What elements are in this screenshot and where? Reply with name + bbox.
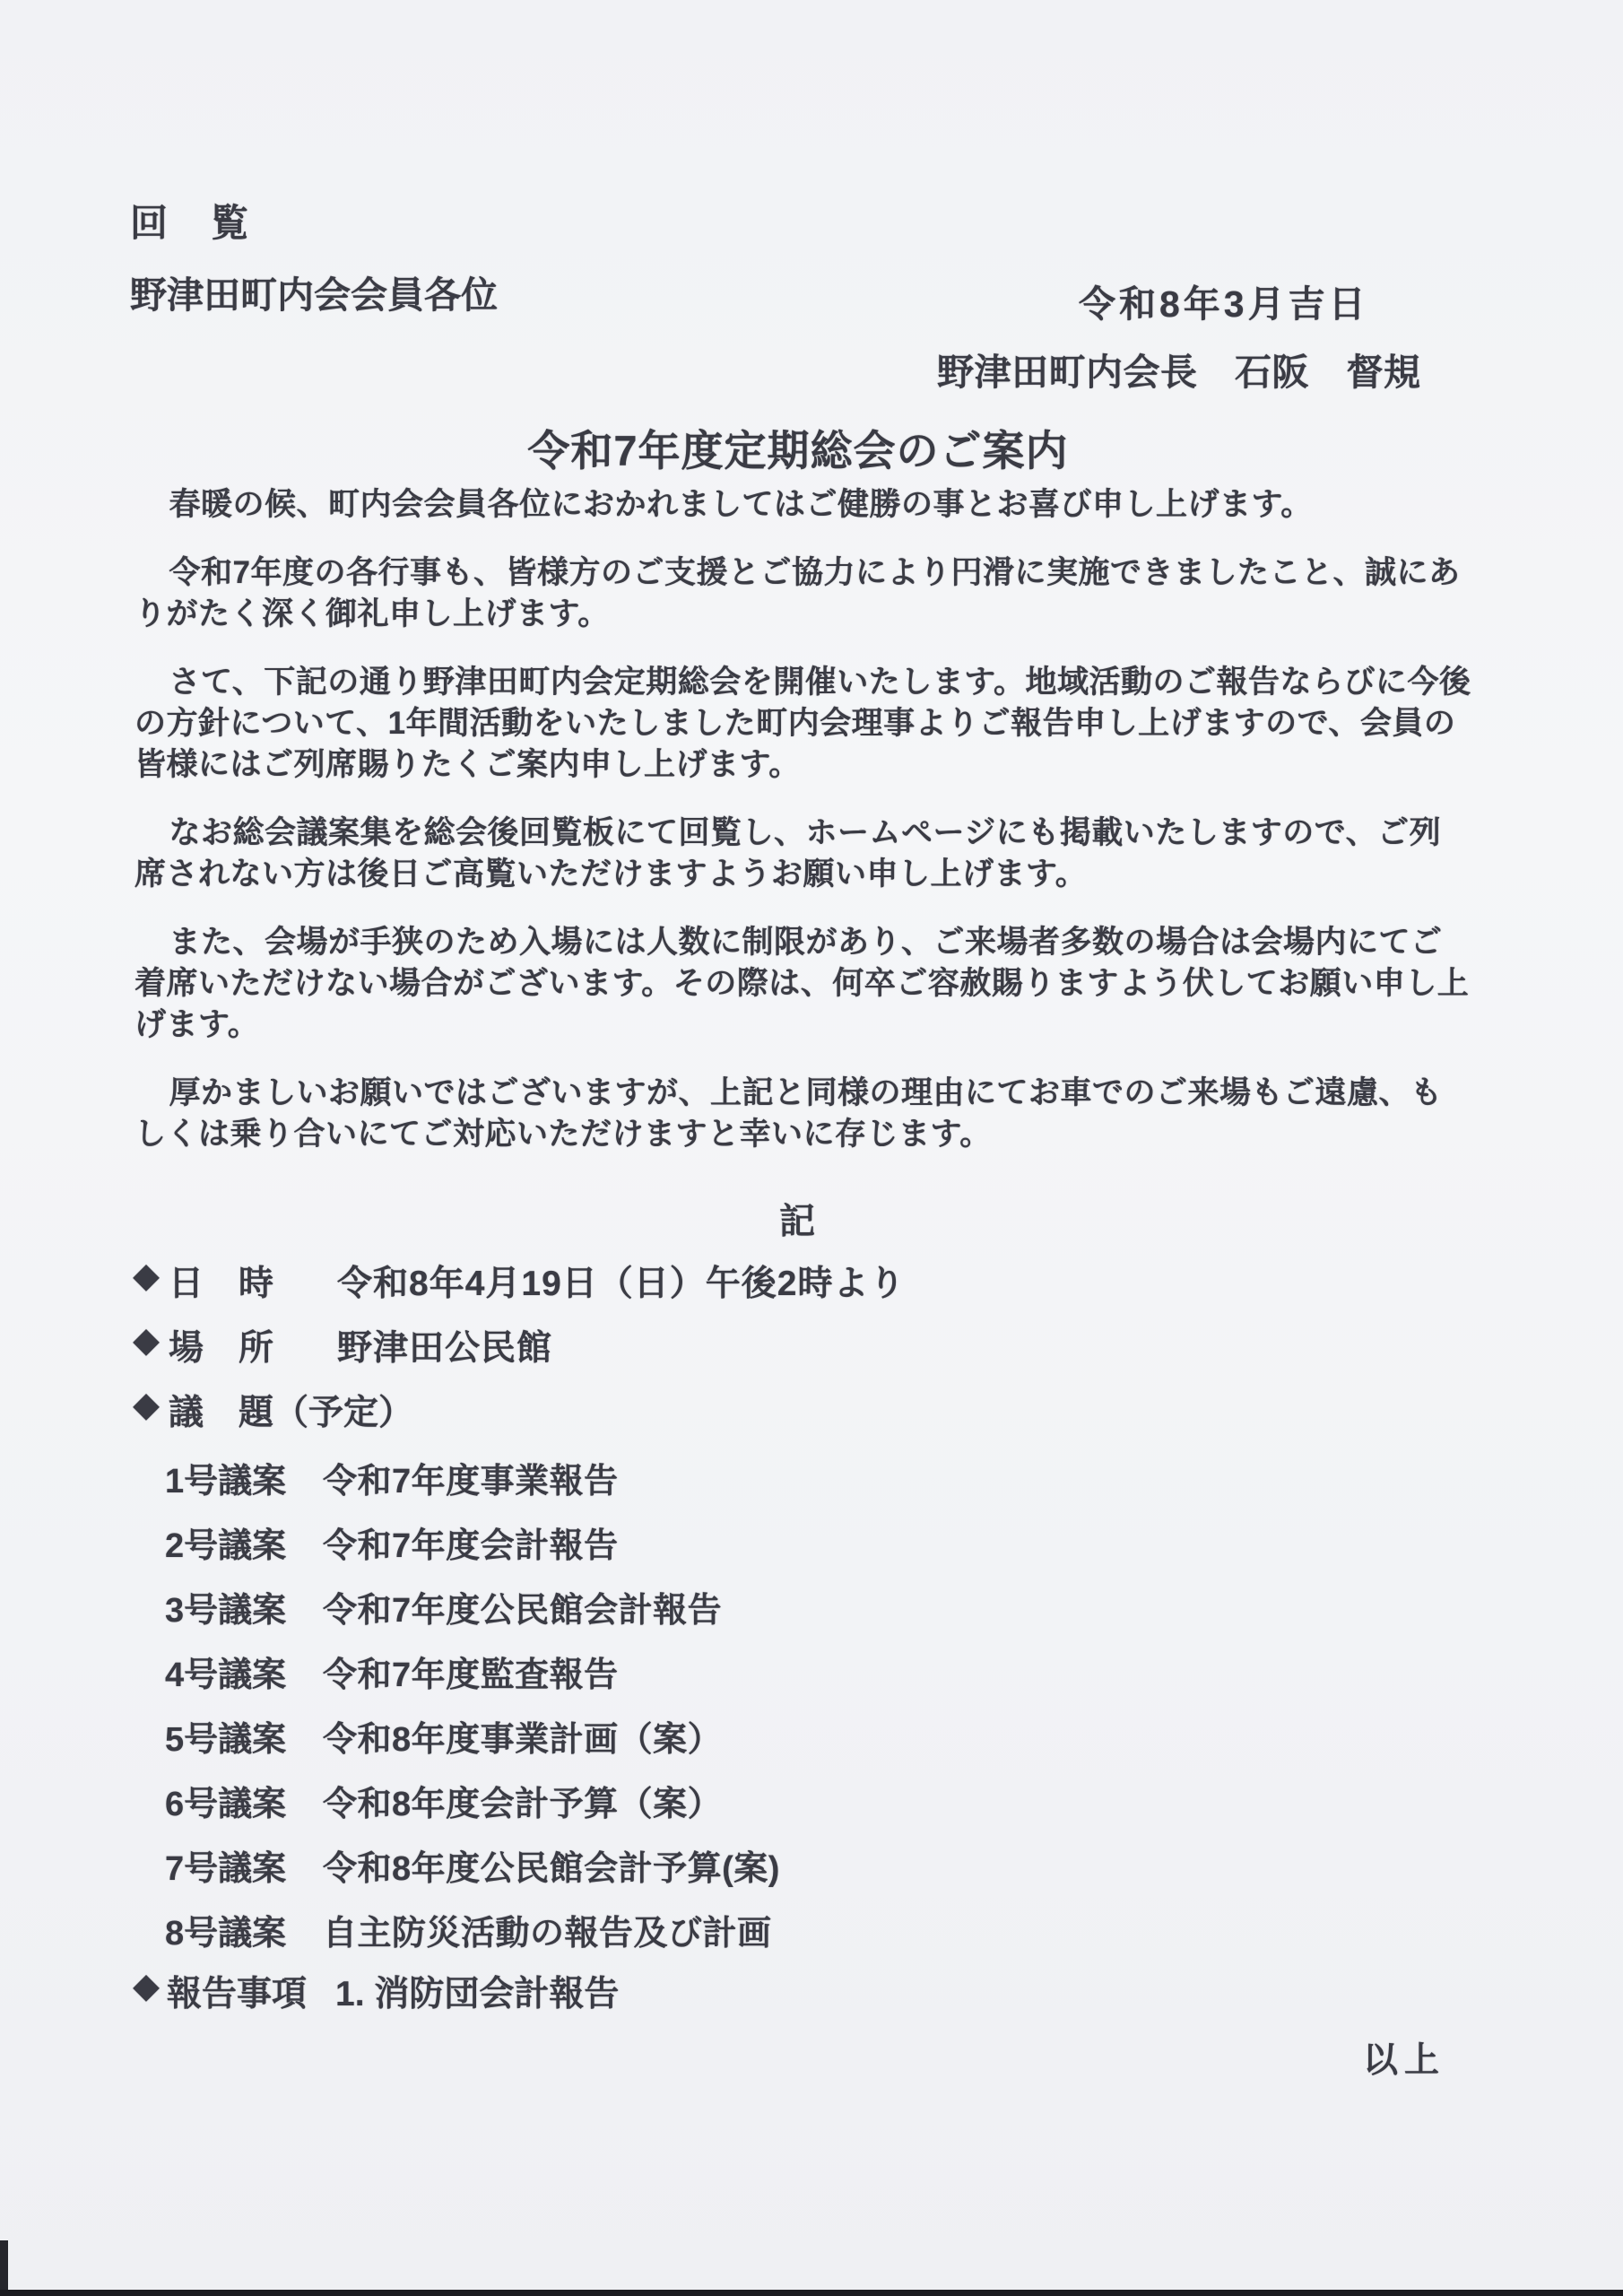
detail-row-datetime: ◆ 日 時 令和8年4月19日（日）午後2時より [133,1256,905,1320]
agenda-item-5: 5号議案 令和8年度事業計画（案） [165,1711,780,1776]
diamond-bullet-icon: ◆ [133,1320,160,1361]
agenda-item-title: 令和8年度公民館会計予算(案) [323,1840,780,1890]
detail-label-place: 場 所 [169,1320,303,1370]
document-title: 令和7年度定期総会のご案内 [0,418,1596,478]
agenda-item-title: 令和8年度会計予算（案） [323,1776,722,1825]
addressee: 野津田町内会会員各位 [130,265,498,318]
paragraph-car-notice: 厚かましいお願いではございますが、上記と同様の理由にてお車でのご来場もご遠慮、も… [135,1073,1472,1155]
agenda-item-title: 令和7年度事業報告 [323,1453,619,1502]
record-heading: 記 [0,1193,1596,1244]
agenda-item-number: 6号議案 [165,1776,301,1825]
agenda-item-number: 2号議案 [165,1518,301,1567]
agenda-item-number: 7号議案 [165,1840,301,1890]
diamond-bullet-icon: ◆ [133,1385,160,1425]
paragraph-greeting: 春暖の候、町内会会員各位におかれましてはご健勝の事とお喜び申し上げます。 [135,484,1472,526]
report-item-row: ◆ 報告事項 1. 消防団会計報告 [133,1966,619,2016]
agenda-item-7: 7号議案 令和8年度公民館会計予算(案) [165,1840,780,1905]
agenda-item-8: 8号議案 自主防災活動の報告及び計画 [165,1905,780,1970]
scan-edge-artifact [0,2240,8,2292]
agenda-item-2: 2号議案 令和7年度会計報告 [165,1518,780,1582]
detail-label-datetime: 日 時 [169,1256,303,1306]
paragraph-announcement: さて、下記の通り野津田町内会定期総会を開催いたします。地域活動のご報告ならびに今… [135,662,1472,786]
issue-date: 令和8年3月吉日 [1079,274,1369,327]
agenda-item-title: 令和8年度事業計画（案） [323,1711,722,1761]
circulation-label: 回 覧 [130,194,251,248]
report-item-label: 報告事項 [167,1966,307,2016]
detail-row-topics: ◆ 議 題（予定） [133,1385,905,1449]
agenda-list: 1号議案 令和7年度事業報告 2号議案 令和7年度会計報告 3号議案 令和7年度… [165,1453,780,1970]
agenda-item-number: 3号議案 [165,1582,301,1631]
agenda-item-3: 3号議案 令和7年度公民館会計報告 [165,1582,780,1647]
report-item-value: 1. 消防団会計報告 [335,1966,619,2016]
scanned-document-page: 回 覧 野津田町内会会員各位 令和8年3月吉日 野津田町内会長 石阪 督規 令和… [0,0,1623,2296]
agenda-item-number: 1号議案 [165,1453,301,1502]
closing-mark: 以上 [1363,2032,1445,2083]
agenda-item-title: 自主防災活動の報告及び計画 [323,1905,772,1954]
agenda-item-4: 4号議案 令和7年度監査報告 [165,1647,780,1711]
detail-value-place: 野津田公民館 [337,1320,552,1370]
scan-edge-artifact [0,2290,1623,2296]
agenda-item-title: 令和7年度会計報告 [323,1518,619,1567]
body-text: 春暖の候、町内会会員各位におかれましてはご健勝の事とお喜び申し上げます。 令和7… [135,484,1472,1182]
agenda-item-6: 6号議案 令和8年度会計予算（案） [165,1776,780,1840]
diamond-bullet-icon: ◆ [133,1256,160,1296]
sender-name: 野津田町内会長 石阪 督規 [937,343,1421,396]
detail-value-datetime: 令和8年4月19日（日）午後2時より [337,1256,905,1306]
detail-row-place: ◆ 場 所 野津田公民館 [133,1320,905,1385]
agenda-item-number: 4号議案 [165,1647,301,1696]
agenda-item-number: 8号議案 [165,1905,301,1954]
agenda-item-title: 令和7年度監査報告 [323,1647,619,1696]
detail-label-topics: 議 題（予定） [169,1385,413,1435]
diamond-bullet-icon: ◆ [133,1966,160,2006]
paragraph-capacity-notice: また、会場が手狭のため入場には人数に制限があり、ご来場者多数の場合は会場内にてご… [135,922,1472,1046]
meeting-details: ◆ 日 時 令和8年4月19日（日）午後2時より ◆ 場 所 野津田公民館 ◆ … [133,1256,905,1449]
agenda-item-number: 5号議案 [165,1711,301,1761]
agenda-item-title: 令和7年度公民館会計報告 [323,1582,722,1631]
paragraph-minutes-notice: なお総会議案集を総会後回覧板にて回覧し、ホームページにも掲載いたしますので、ご列… [135,813,1472,895]
agenda-item-1: 1号議案 令和7年度事業報告 [165,1453,780,1518]
paragraph-thanks: 令和7年度の各行事も、皆様方のご支援とご協力により円滑に実施できましたこと、誠に… [135,552,1472,635]
